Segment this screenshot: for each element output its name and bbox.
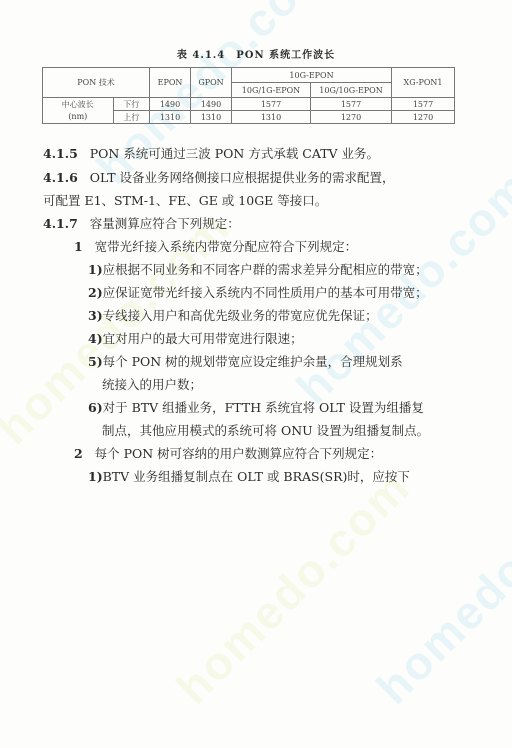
sub-item: 1)应根据不同业务和不同客户群的需求差异分配相应的带宽； [88, 262, 428, 278]
sub-text: BTV 业务组播复制点在 OLT 或 BRAS(SR)时，应按下 [103, 469, 410, 484]
cell-10g-1g: 1577 [232, 98, 311, 111]
header-gpon: GPON [191, 68, 232, 98]
header-10g-epon: 10G-EPON [232, 68, 392, 83]
item-1: 1 宽带光纤接入系统内带宽分配应符合下列规定： [74, 239, 357, 255]
row-label-unit: (nm) [43, 111, 114, 124]
cell-xg: 1270 [392, 111, 455, 124]
cell-gpon: 1310 [191, 111, 232, 124]
cell-10g-1g: 1310 [232, 111, 311, 124]
sub-text: 应保证宽带光纤接入系统内不同性质用户的基本可用带宽； [103, 285, 428, 300]
sub-item: 3)专线接入用户和高优先级业务的带宽应优先保证； [88, 308, 378, 324]
watermark: homedo.com [166, 460, 421, 715]
clause-text: PON 系统可通过三波 PON 方式承载 CATV 业务。 [90, 146, 379, 161]
header-10g-10g-epon: 10G/10G-EPON [311, 83, 392, 98]
row-label: 中心波长 [43, 98, 114, 111]
clause-number: 4.1.6 [43, 170, 78, 185]
clause-4-1-5: 4.1.5 PON 系统可通过三波 PON 方式承载 CATV 业务。 [43, 146, 379, 162]
sub-text: 每个 PON 树的规划带宽应设定维护余量，合理规划系 [103, 354, 403, 369]
watermark: homedo.com [366, 460, 512, 715]
item-number: 2 [74, 446, 83, 461]
sub-text: 专线接入用户和高优先级业务的带宽应优先保证； [103, 308, 378, 323]
header-10g-1g-epon: 10G/1G-EPON [232, 83, 311, 98]
header-xg-pon1: XG-PON1 [392, 68, 455, 98]
cell-10g-10g: 1577 [311, 98, 392, 111]
cell-gpon: 1490 [191, 98, 232, 111]
direction-cell: 下行 [113, 98, 149, 111]
direction-cell: 上行 [113, 111, 149, 124]
table-row: (nm) 上行 1310 1310 1310 1270 1270 [43, 111, 455, 124]
sub-item-cont: 统接入的用户数； [102, 377, 202, 393]
sub-number: 4) [88, 331, 103, 346]
wavelength-table: PON 技术 EPON GPON 10G-EPON XG-PON1 10G/1G… [42, 67, 455, 124]
sub-item: 1)BTV 业务组播复制点在 OLT 或 BRAS(SR)时，应按下 [88, 469, 410, 485]
clause-text: 容量测算应符合下列规定： [90, 216, 240, 231]
header-pon-tech: PON 技术 [43, 68, 150, 98]
cell-epon: 1490 [150, 98, 191, 111]
cell-10g-10g: 1270 [311, 111, 392, 124]
clause-4-1-6-cont: 可配置 E1、STM-1、FE、GE 或 10GE 等接口。 [43, 193, 327, 209]
item-text: 宽带光纤接入系统内带宽分配应符合下列规定： [95, 239, 358, 254]
sub-number: 6) [88, 400, 103, 415]
header-epon: EPON [150, 68, 191, 98]
watermark: homedo.com [0, 200, 240, 455]
clause-4-1-6: 4.1.6 OLT 设备业务网络侧接口应根据提供业务的需求配置， [43, 170, 395, 186]
sub-number: 1) [88, 262, 103, 277]
sub-number: 2) [88, 285, 103, 300]
sub-number: 1) [88, 469, 103, 484]
sub-item-cont: 制点，其他应用模式的系统可将 ONU 设置为组播复制点。 [102, 423, 429, 439]
sub-number: 3) [88, 308, 103, 323]
sub-item: 4)宜对用户的最大可用带宽进行限速； [88, 331, 303, 347]
sub-text: 应根据不同业务和不同客户群的需求差异分配相应的带宽； [103, 262, 428, 277]
clause-number: 4.1.5 [43, 146, 78, 161]
sub-item: 5)每个 PON 树的规划带宽应设定维护余量，合理规划系 [88, 354, 403, 370]
sub-text: 宜对用户的最大可用带宽进行限速； [103, 331, 303, 346]
cell-epon: 1310 [150, 111, 191, 124]
sub-item: 6)对于 BTV 组播业务，FTTH 系统宜将 OLT 设置为组播复 [88, 400, 424, 416]
item-number: 1 [74, 239, 83, 254]
clause-text: OLT 设备业务网络侧接口应根据提供业务的需求配置， [90, 170, 395, 185]
cell-xg: 1577 [392, 98, 455, 111]
sub-item: 2)应保证宽带光纤接入系统内不同性质用户的基本可用带宽； [88, 285, 428, 301]
table-row: 中心波长 下行 1490 1490 1577 1577 1577 [43, 98, 455, 111]
sub-text: 对于 BTV 组播业务，FTTH 系统宜将 OLT 设置为组播复 [103, 400, 424, 415]
item-2: 2 每个 PON 树可容纳的用户数测算应符合下列规定： [74, 446, 382, 462]
table-title: 表 4.1.4 PON 系统工作波长 [0, 46, 512, 61]
clause-number: 4.1.7 [43, 216, 78, 231]
clause-4-1-7: 4.1.7 容量测算应符合下列规定： [43, 216, 240, 232]
item-text: 每个 PON 树可容纳的用户数测算应符合下列规定： [95, 446, 383, 461]
sub-number: 5) [88, 354, 103, 369]
